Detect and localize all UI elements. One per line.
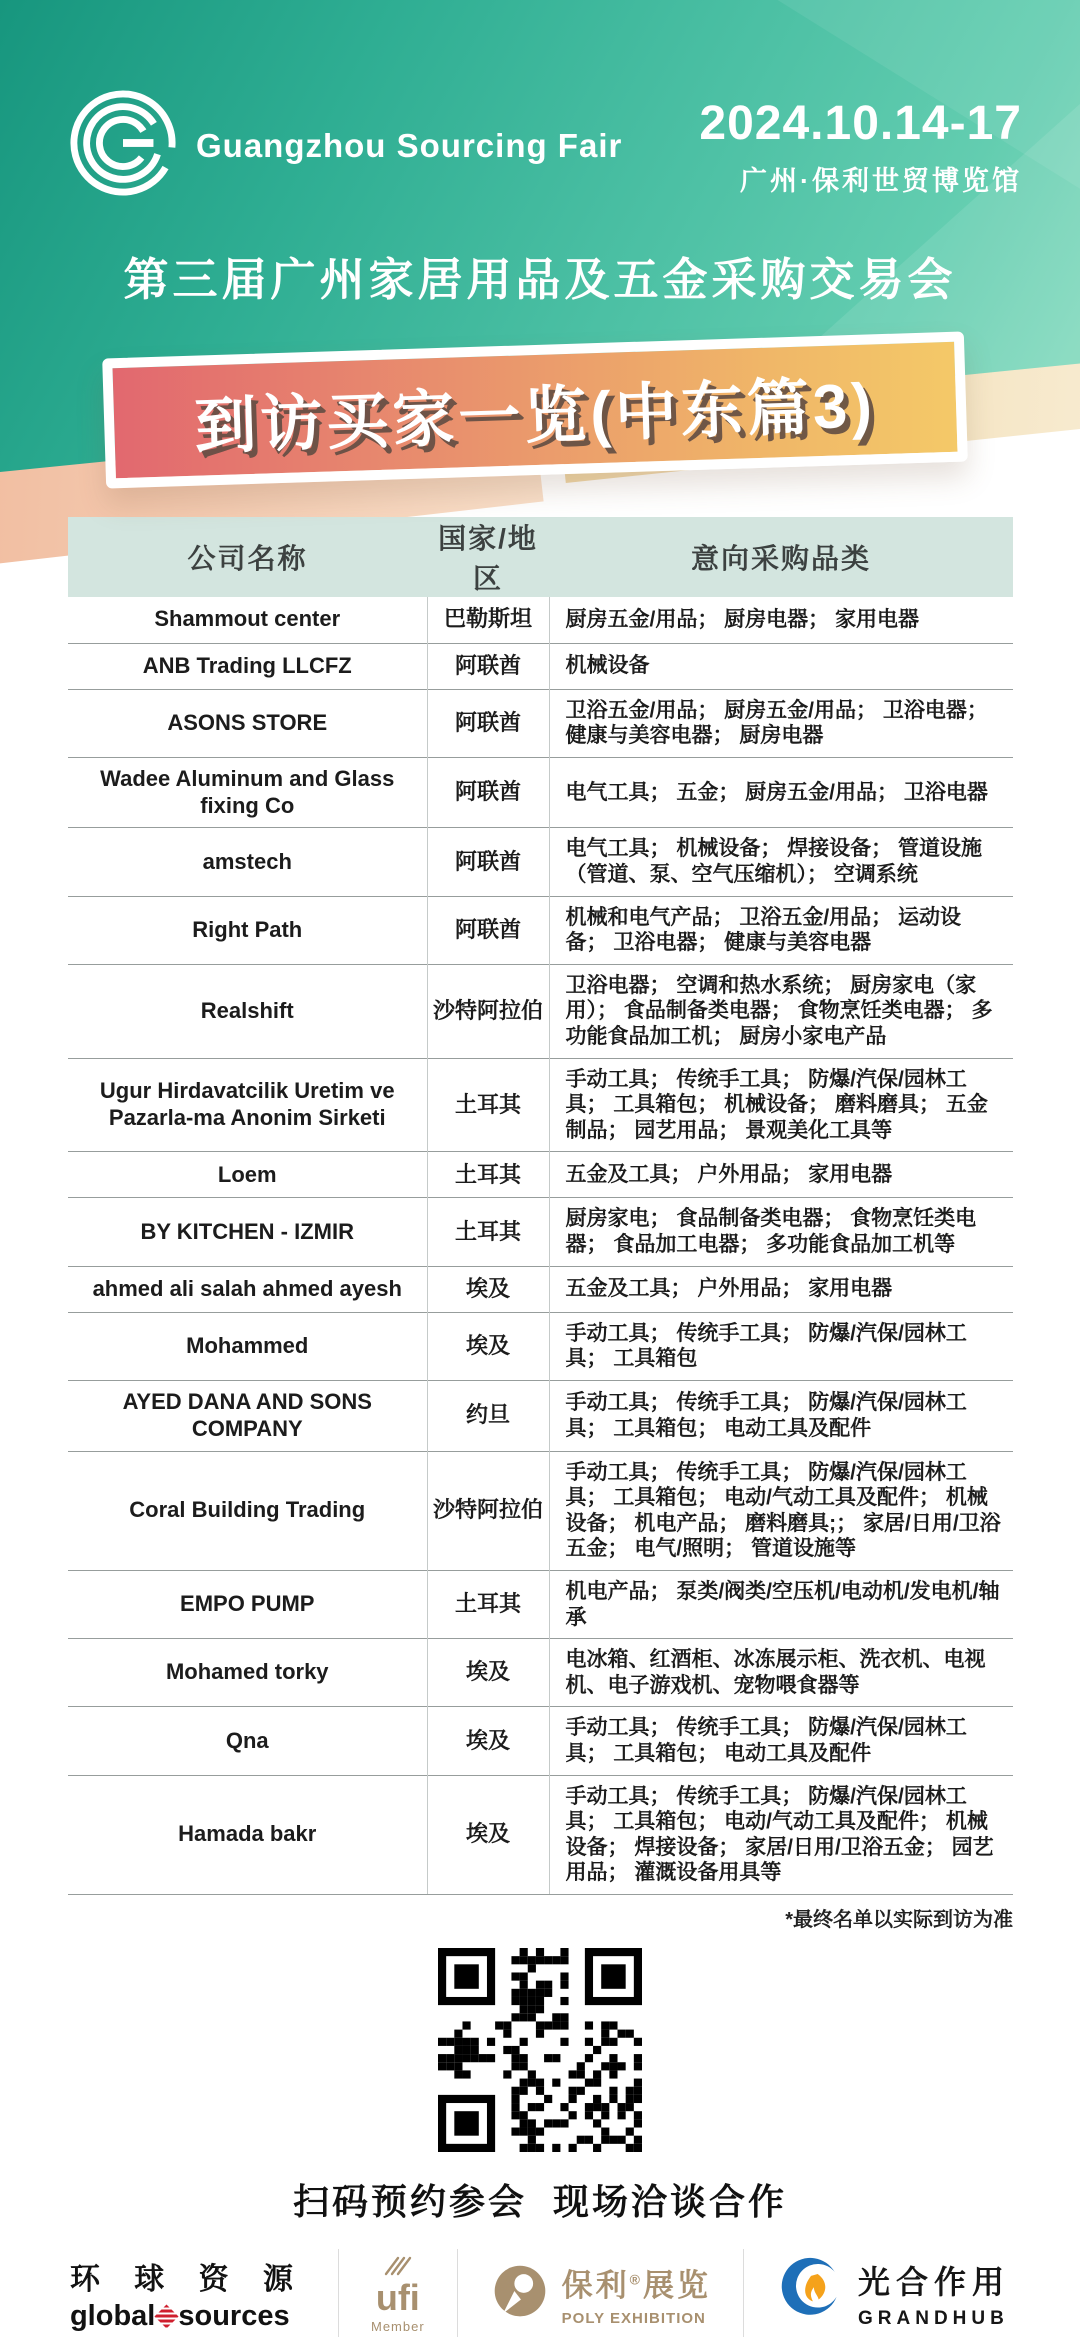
table-cell-company: BY KITCHEN - IZMIR — [68, 1198, 427, 1266]
ufi-arcs-icon — [371, 2254, 425, 2280]
table-cell-country: 土耳其 — [427, 1571, 549, 1639]
table-cell-country: 埃及 — [427, 1707, 549, 1775]
grandhub-cn: 光合作用 — [858, 2257, 1010, 2303]
buyers-table: 公司名称 国家/地区 意向采购品类 Shammout center巴勒斯坦厨房五… — [68, 517, 1013, 1895]
global-sources-en-left: global — [70, 2300, 155, 2333]
table-cell-categories: 电气工具； 机械设备； 焊接设备； 管道设施（管道、泵、空气压缩机）； 空调系统 — [549, 828, 1013, 896]
qr-code — [438, 1948, 642, 2152]
table-cell-company: Qna — [68, 1707, 427, 1775]
sponsor-poly: 保利®展览 POLY EXHIBITION — [490, 2260, 711, 2327]
sponsor-grandhub: 光合作用 GRANDHUB — [776, 2255, 1010, 2332]
table-row: Realshift沙特阿拉伯卫浴电器； 空调和热水系统； 厨房家电（家用）； 食… — [68, 964, 1013, 1058]
table-cell-company: Coral Building Trading — [68, 1451, 427, 1570]
sponsor-divider — [457, 2249, 458, 2337]
table-row: amstech阿联酋电气工具； 机械设备； 焊接设备； 管道设施（管道、泵、空气… — [68, 828, 1013, 896]
poly-en-text: POLY EXHIBITION — [562, 2310, 711, 2327]
table-cell-company: Realshift — [68, 964, 427, 1058]
table-cell-company: Wadee Aluminum and Glass fixing Co — [68, 757, 427, 828]
table-row: BY KITCHEN - IZMIR土耳其厨房家电； 食品制备类电器； 食物烹饪… — [68, 1198, 1013, 1266]
table-cell-country: 约旦 — [427, 1380, 549, 1451]
sponsors-row: 环 球 资 源 global sources ufi Member — [0, 2249, 1080, 2337]
table-cell-categories: 电冰箱、红酒柜、冰冻展示柜、洗衣机、电视机、电子游戏机、宠物喂食器等 — [549, 1639, 1013, 1707]
table-cell-categories: 厨房五金/用品； 厨房电器； 家用电器 — [549, 597, 1013, 643]
table-cell-country: 埃及 — [427, 1266, 549, 1312]
table-cell-country: 埃及 — [427, 1312, 549, 1380]
table-cell-categories: 五金及工具； 户外用品； 家用电器 — [549, 1266, 1013, 1312]
table-cell-categories: 手动工具； 传统手工具； 防爆/汽保/园林工具； 工具箱包； 电动工具及配件 — [549, 1707, 1013, 1775]
table-cell-country: 沙特阿拉伯 — [427, 964, 549, 1058]
footnote: *最终名单以实际到访为准 — [0, 1903, 1013, 1932]
ufi-member-label: Member — [371, 2320, 425, 2333]
table-cell-categories: 手动工具； 传统手工具； 防爆/汽保/园林工具； 工具箱包； 电动/气动工具及配… — [549, 1451, 1013, 1570]
global-sources-diamond-icon — [155, 2304, 179, 2328]
table-row: Wadee Aluminum and Glass fixing Co阿联酋电气工… — [68, 757, 1013, 828]
banner-title: 到访买家一览(中东篇3) — [193, 355, 877, 465]
table-row: ahmed ali salah ahmed ayesh埃及五金及工具； 户外用品… — [68, 1266, 1013, 1312]
table-cell-categories: 机械和电气产品； 卫浴五金/用品； 运动设备； 卫浴电器； 健康与美容电器 — [549, 896, 1013, 964]
table-row: Ugur Hirdavatcilik Uretim ve Pazarla-ma … — [68, 1058, 1013, 1152]
table-cell-company: amstech — [68, 828, 427, 896]
sponsor-divider — [338, 2249, 339, 2337]
table-cell-company: EMPO PUMP — [68, 1571, 427, 1639]
table-cell-country: 埃及 — [427, 1639, 549, 1707]
table-cell-company: Shammout center — [68, 597, 427, 643]
grandhub-icon — [776, 2255, 848, 2332]
table-cell-company: ahmed ali salah ahmed ayesh — [68, 1266, 427, 1312]
table-cell-categories: 机电产品； 泵类/阀类/空压机/电动机/发电机/轴承 — [549, 1571, 1013, 1639]
table-cell-company: Ugur Hirdavatcilik Uretim ve Pazarla-ma … — [68, 1058, 427, 1152]
table-cell-country: 沙特阿拉伯 — [427, 1451, 549, 1570]
table-cell-categories: 电气工具； 五金； 厨房五金/用品； 卫浴电器 — [549, 757, 1013, 828]
table-row: Qna埃及手动工具； 传统手工具； 防爆/汽保/园林工具； 工具箱包； 电动工具… — [68, 1707, 1013, 1775]
table-cell-company: Right Path — [68, 896, 427, 964]
table-cell-categories: 机械设备 — [549, 643, 1013, 689]
table-cell-country: 巴勒斯坦 — [427, 597, 549, 643]
table-cell-country: 埃及 — [427, 1775, 549, 1894]
table-cell-company: Loem — [68, 1152, 427, 1198]
table-cell-company: AYED DANA AND SONS COMPANY — [68, 1380, 427, 1451]
poly-cn-right: 展览 — [643, 2268, 711, 2303]
sponsor-ufi: ufi Member — [371, 2254, 425, 2333]
table-row: ANB Trading LLCFZ阿联酋机械设备 — [68, 643, 1013, 689]
title-banner: 到访买家一览(中东篇3) — [102, 331, 968, 488]
table-cell-country: 阿联酋 — [427, 896, 549, 964]
poly-cn-text: 保利®展览 — [562, 2260, 711, 2305]
table-row: EMPO PUMP土耳其机电产品； 泵类/阀类/空压机/电动机/发电机/轴承 — [68, 1571, 1013, 1639]
poly-reg-mark: ® — [630, 2271, 643, 2287]
table-cell-company: ASONS STORE — [68, 689, 427, 757]
table-row: Loem土耳其五金及工具； 户外用品； 家用电器 — [68, 1152, 1013, 1198]
table-row: Right Path阿联酋机械和电气产品； 卫浴五金/用品； 运动设备； 卫浴电… — [68, 896, 1013, 964]
cta-text: 扫码预约参会 现场洽谈合作 — [0, 2174, 1080, 2225]
poster-page: Guangzhou Sourcing Fair 2024.10.14-17 广州… — [0, 0, 1080, 2347]
table-row: ASONS STORE阿联酋卫浴五金/用品； 厨房五金/用品； 卫浴电器； 健康… — [68, 689, 1013, 757]
global-sources-cn: 环 球 资 源 — [70, 2254, 306, 2298]
table-cell-country: 土耳其 — [427, 1152, 549, 1198]
global-sources-en: global sources — [70, 2300, 306, 2333]
table-row: Mohamed torky埃及电冰箱、红酒柜、冰冻展示柜、洗衣机、电视机、电子游… — [68, 1639, 1013, 1707]
column-header-country: 国家/地区 — [427, 517, 549, 597]
global-sources-en-right: sources — [178, 2300, 289, 2333]
table-cell-country: 阿联酋 — [427, 689, 549, 757]
table-cell-categories: 五金及工具； 户外用品； 家用电器 — [549, 1152, 1013, 1198]
poly-cn-left: 保利 — [562, 2268, 630, 2303]
table-body: Shammout center巴勒斯坦厨房五金/用品； 厨房电器； 家用电器AN… — [68, 597, 1013, 1895]
grandhub-en: GRANDHUB — [858, 2308, 1010, 2330]
table-row: AYED DANA AND SONS COMPANY约旦手动工具； 传统手工具；… — [68, 1380, 1013, 1451]
table-row: Coral Building Trading沙特阿拉伯手动工具； 传统手工具； … — [68, 1451, 1013, 1570]
table-cell-country: 阿联酋 — [427, 828, 549, 896]
table-cell-country: 阿联酋 — [427, 757, 549, 828]
sponsor-global-sources: 环 球 资 源 global sources — [70, 2254, 306, 2333]
table-header-row: 公司名称 国家/地区 意向采购品类 — [68, 517, 1013, 597]
table-cell-company: Mohammed — [68, 1312, 427, 1380]
table-row: Mohammed埃及手动工具； 传统手工具； 防爆/汽保/园林工具； 工具箱包 — [68, 1312, 1013, 1380]
table-cell-company: Mohamed torky — [68, 1639, 427, 1707]
table-header: 公司名称 国家/地区 意向采购品类 — [68, 517, 1013, 597]
column-header-company: 公司名称 — [68, 517, 427, 597]
table-cell-country: 土耳其 — [427, 1058, 549, 1152]
table-cell-categories: 手动工具； 传统手工具； 防爆/汽保/园林工具； 工具箱包 — [549, 1312, 1013, 1380]
table-cell-categories: 手动工具； 传统手工具； 防爆/汽保/园林工具； 工具箱包； 机械设备； 磨料磨… — [549, 1058, 1013, 1152]
table-cell-company: Hamada bakr — [68, 1775, 427, 1894]
ufi-name: ufi — [371, 2280, 425, 2316]
table-row: Shammout center巴勒斯坦厨房五金/用品； 厨房电器； 家用电器 — [68, 597, 1013, 643]
table-row: Hamada bakr埃及手动工具； 传统手工具； 防爆/汽保/园林工具； 工具… — [68, 1775, 1013, 1894]
sponsor-divider — [743, 2249, 744, 2337]
table-cell-country: 土耳其 — [427, 1198, 549, 1266]
table-cell-categories: 手动工具； 传统手工具； 防爆/汽保/园林工具； 工具箱包； 电动工具及配件 — [549, 1380, 1013, 1451]
column-header-categories: 意向采购品类 — [549, 517, 1013, 597]
table-cell-country: 阿联酋 — [427, 643, 549, 689]
poly-icon — [490, 2261, 550, 2326]
table-cell-company: ANB Trading LLCFZ — [68, 643, 427, 689]
table-cell-categories: 手动工具； 传统手工具； 防爆/汽保/园林工具； 工具箱包； 电动/气动工具及配… — [549, 1775, 1013, 1894]
table-cell-categories: 厨房家电； 食品制备类电器； 食物烹饪类电器； 食品加工电器； 多功能食品加工机… — [549, 1198, 1013, 1266]
table-cell-categories: 卫浴五金/用品； 厨房五金/用品； 卫浴电器； 健康与美容电器； 厨房电器 — [549, 689, 1013, 757]
table-cell-categories: 卫浴电器； 空调和热水系统； 厨房家电（家用）； 食品制备类电器； 食物烹饪类电… — [549, 964, 1013, 1058]
